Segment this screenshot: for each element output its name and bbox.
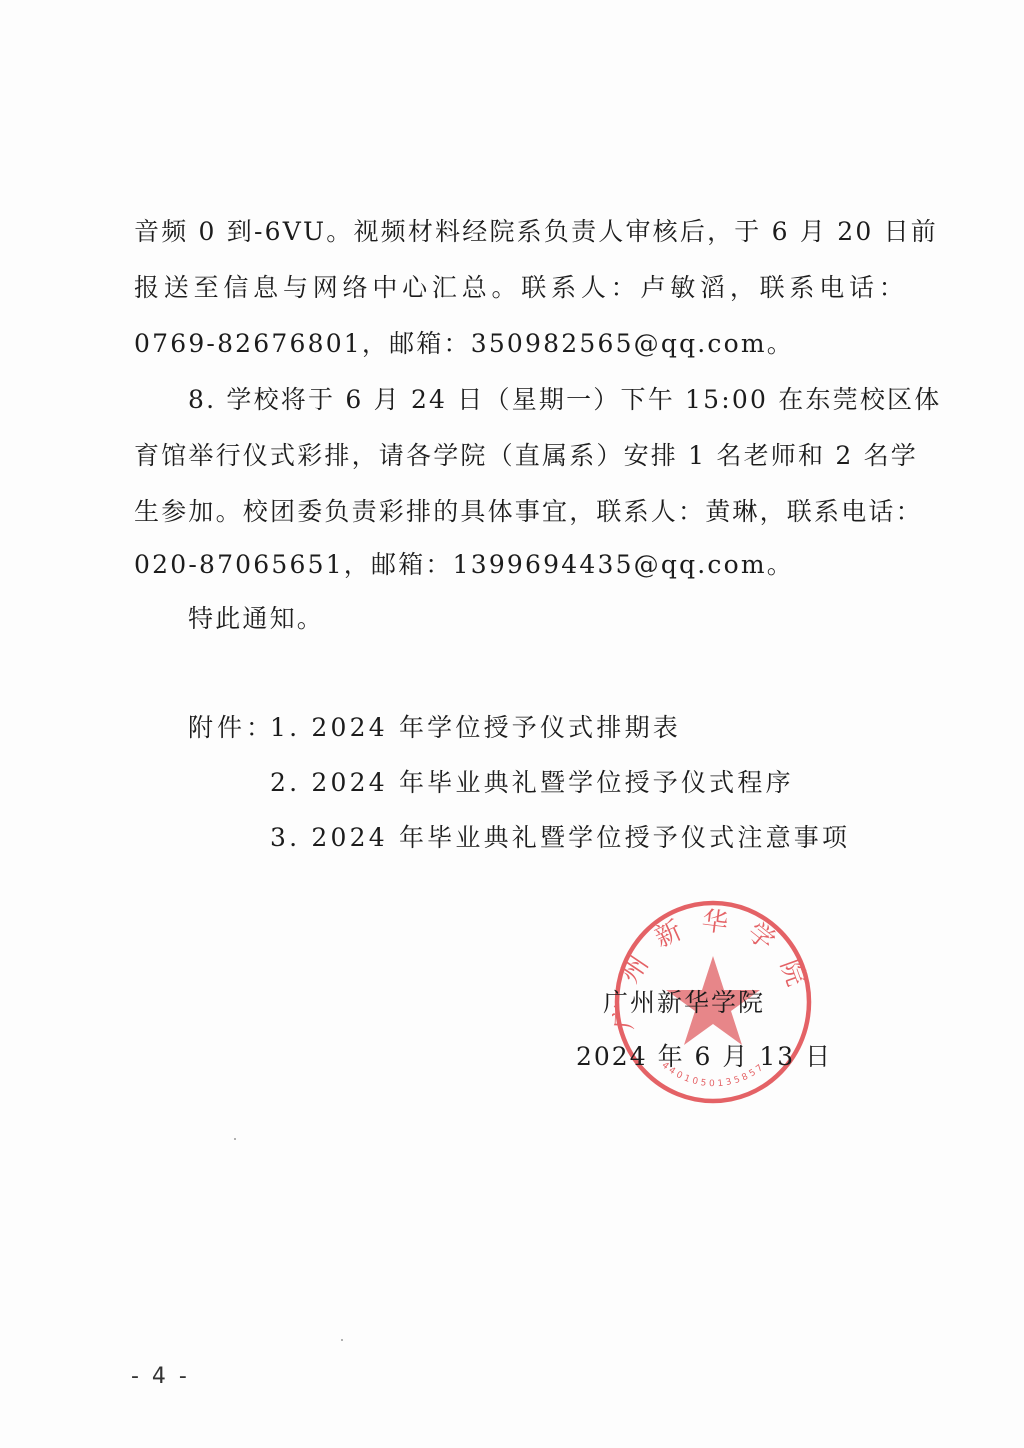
scan-speck [341,1339,343,1341]
paragraph-7-line-3: 0769-82676801，邮箱：350982565@qq.com。 [134,328,794,360]
paragraph-7-line-1: 音频 0 到-6VU。视频材料经院系负责人审核后，于 6 月 20 日前 [134,216,906,248]
attachment-item-2: 2. 2024 年毕业典礼暨学位授予仪式程序 [270,767,794,799]
paragraph-7-line-2: 报送至信息与网络中心汇总。联系人：卢敏滔，联系电话： [134,272,906,304]
closing-text: 特此通知。 [188,603,324,635]
signature-date: 2024 年 6 月 13 日 [576,1041,832,1073]
paragraph-8-line-3: 生参加。校团委负责彩排的具体事宜，联系人：黄琳，联系电话： [134,496,906,528]
signature-organization: 广州新华学院 [603,987,765,1019]
attachment-item-3: 3. 2024 年毕业典礼暨学位授予仪式注意事项 [270,822,850,854]
document-page: 音频 0 到-6VU。视频材料经院系负责人审核后，于 6 月 20 日前 报送至… [0,0,1024,1448]
paragraph-8-line-4: 020-87065651，邮箱：1399694435@qq.com。 [134,549,794,581]
attachments-label: 附件： [188,712,275,744]
paragraph-8-line-2: 育馆举行仪式彩排，请各学院（直属系）安排 1 名老师和 2 名学 [134,440,906,472]
page-number: - 4 - [131,1364,190,1389]
paragraph-8-line-1: 8. 学校将于 6 月 24 日（星期一）下午 15:00 在东莞校区体 [188,384,906,416]
attachment-item-1: 1. 2024 年学位授予仪式排期表 [270,712,681,744]
scan-speck [234,1138,236,1140]
